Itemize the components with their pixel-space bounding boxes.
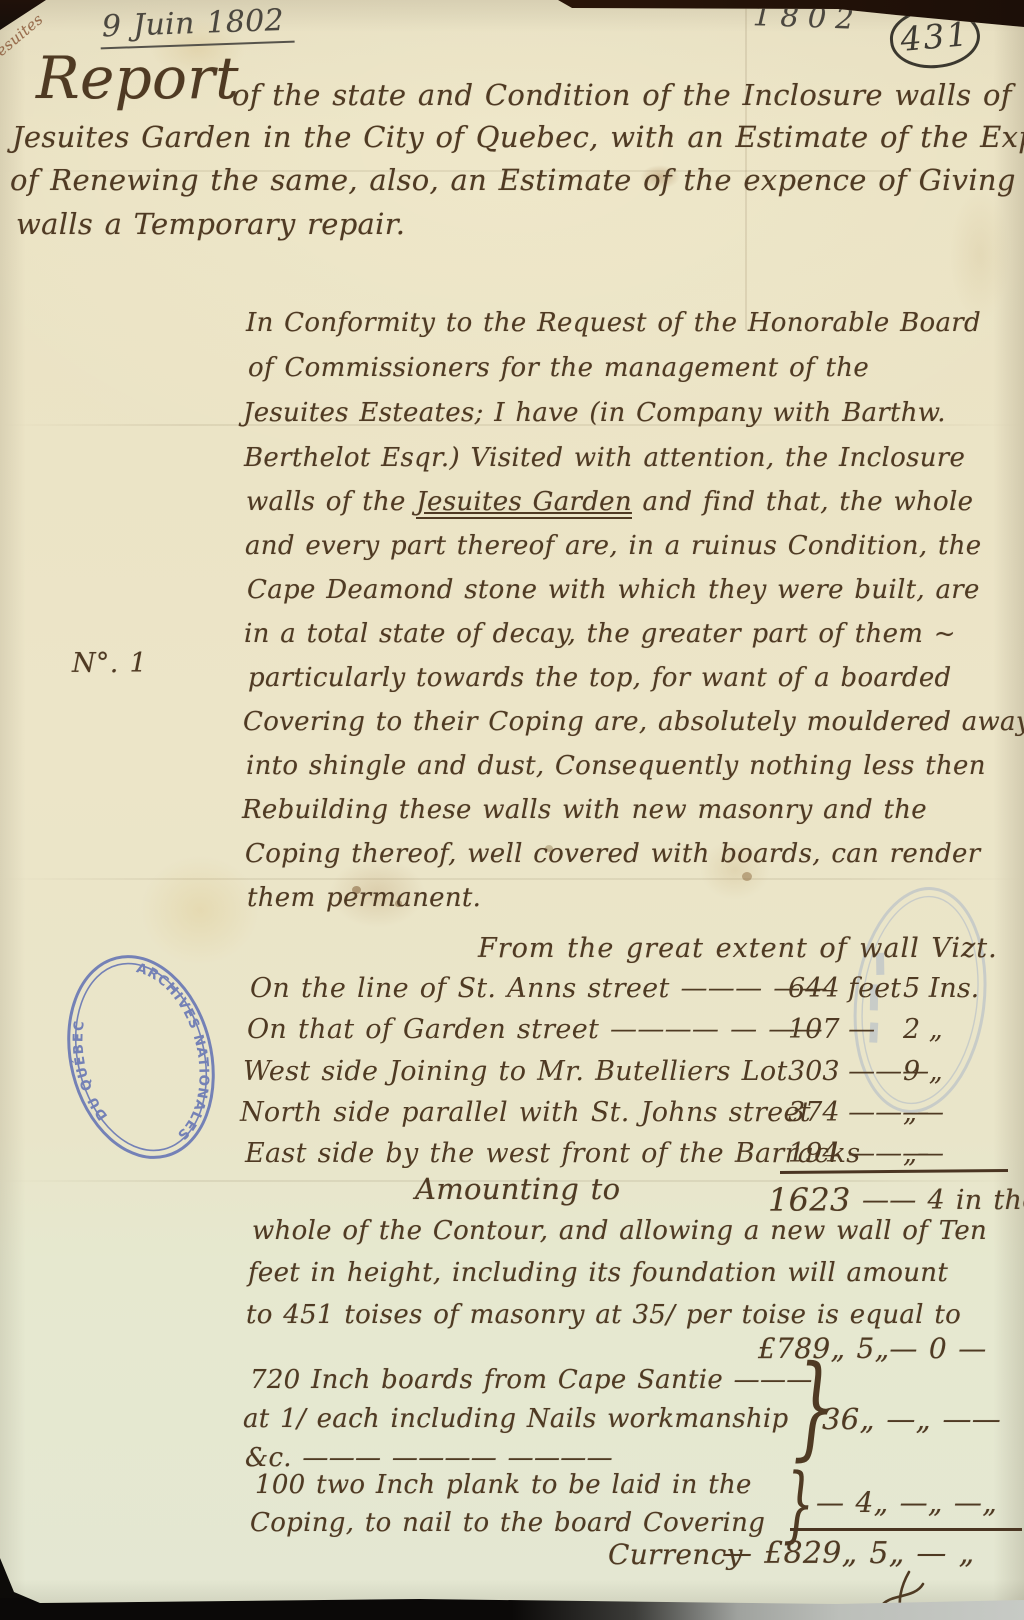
measure-inches: „— [903,1097,944,1128]
measure-label: On that of Garden street ———— — —— [247,1014,823,1045]
total-rest: —— 4 in the [862,1185,1024,1216]
boards-item-line: at 1/ each including Nails workmanship [243,1404,788,1434]
body-line: Coping thereof, well covered with boards… [245,839,980,869]
body-line: in a total state of decay, the greater p… [244,619,956,649]
estimate-line: whole of the Contour, and allowing a new… [252,1216,987,1246]
measure-label: North side parallel with St. Johns stree… [240,1097,811,1128]
plank-rule [790,1528,1022,1531]
estimate-line: to 451 toises of masonry at 35/ per tois… [246,1300,961,1330]
boards-amount: 36„ —„ —— [822,1402,1001,1436]
measure-inches: „— [903,1138,944,1169]
plank-item-line: 100 two Inch plank to be laid in the [255,1470,752,1500]
measure-feet: 107 — [788,1014,875,1045]
measure-label: West side Joining to Mr. Butelliers Lot [243,1056,788,1087]
measure-inches: 2 „ [903,1014,943,1045]
body-line-garden: walls of the Jesuites Garden and find th… [246,487,973,517]
plank-item-line: Coping, to nail to the board Covering [250,1508,765,1538]
title-line-2: Jesuites Garden in the City of Quebec, w… [12,120,1024,154]
garden-line-underlined: Jesuites Garden [416,487,632,519]
total-label: Amounting to [415,1172,620,1206]
body-line: of Commissioners for the management of t… [248,353,869,383]
measure-label: East side by the west front of the Barra… [245,1138,860,1169]
title-line-1: of the state and Condition of the Inclos… [232,78,1024,112]
currency-total: — £829„ 5„ — „ [722,1536,974,1571]
measure-label: On the line of St. Anns street ——— —— [250,973,828,1004]
measure-inches: 9 „ [903,1056,943,1087]
garden-line-pre: walls of the [246,487,416,517]
body-line: In Conformity to the Request of the Hono… [246,308,981,338]
title-line-3: of Renewing the same, also, an Estimate … [10,163,1024,197]
manuscript-page: 9 Juin 1802 Jésuites 1802 431 Report of … [0,0,1024,1620]
body-line: particularly towards the top, for want o… [248,663,952,693]
plank-brace: } [783,1464,814,1546]
plank-amount: — 4„ —„ —„ [816,1486,997,1519]
body-line: Cape Deamond stone with which they were … [247,575,980,605]
measure-inches: 5 Ins. [903,973,979,1004]
date-note: 9 Juin 1802 [99,3,294,50]
body-line: Rebuilding these walls with new masonry … [242,795,927,825]
body-line: Berthelot Esqr.) Visited with attention,… [244,443,965,473]
garden-line-post: and find that, the whole [632,487,973,517]
margin-item-number: N°. 1 [72,648,147,679]
body-line: and every part thereof are, in a ruinus … [245,531,981,561]
body-line: Jesuites Esteates; I have (in Company wi… [243,398,946,428]
body-line: Covering to their Coping are, absolutely… [243,707,1024,737]
manuscript-scan: 9 Juin 1802 Jésuites 1802 431 Report of … [0,0,1024,1620]
measurements-intro: From the great extent of wall Vizt. [478,933,998,964]
body-line: them permanent. [247,883,481,913]
title-line-4: walls a Temporary repair. [16,207,405,241]
total-feet: 1623 [768,1181,851,1219]
estimate-line: feet in height, including its foundation… [248,1258,948,1288]
body-line: into shingle and dust, Consequently noth… [246,751,986,781]
title-lead: Report [36,44,239,112]
boards-item-line: 720 Inch boards from Cape Santie ——— [250,1365,813,1395]
boards-item-line: &c. ——— ———— ———— [245,1443,613,1473]
measure-feet: 644 feet [788,973,901,1004]
